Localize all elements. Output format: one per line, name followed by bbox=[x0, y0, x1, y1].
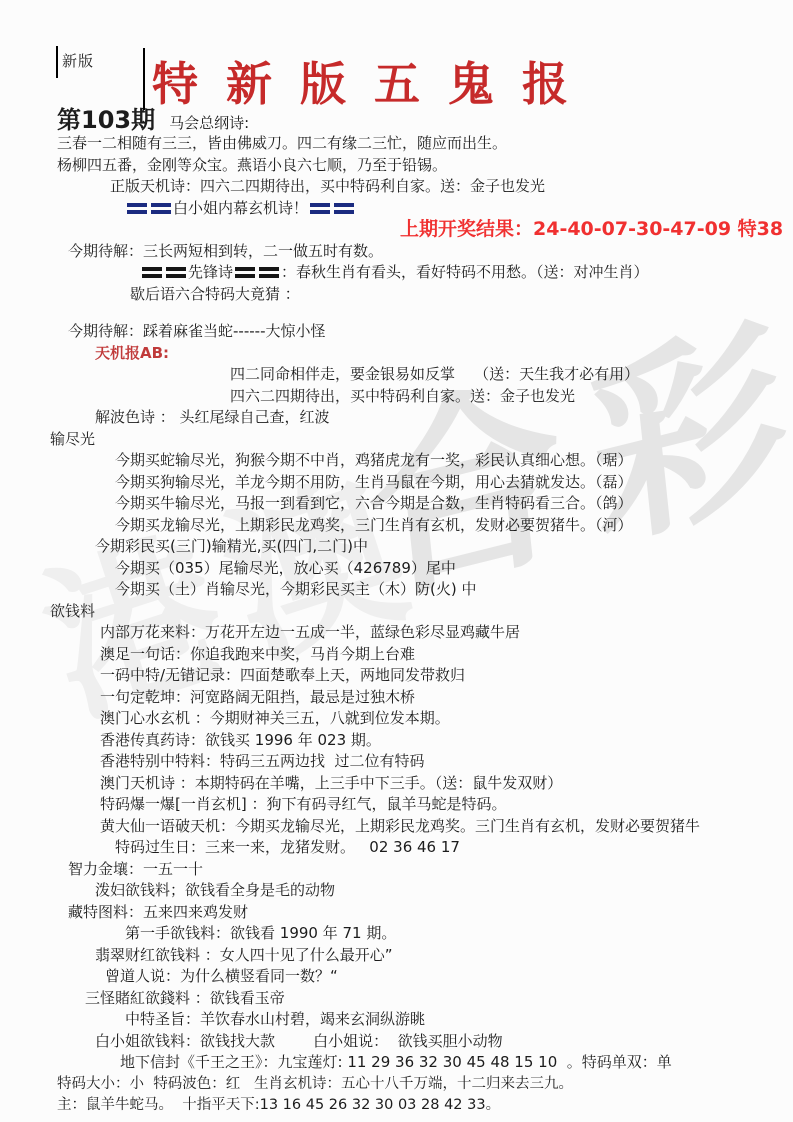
text-line: 杨柳四五番，金刚等众宝。燕语小良六七顺，乃至于铅锡。 bbox=[0, 155, 793, 177]
text-line: 三怪賭紅欲錢料 ：欲钱看玉帝 bbox=[0, 988, 793, 1010]
text-segment: 欲钱料 bbox=[50, 602, 95, 620]
double-bar-icon bbox=[127, 203, 147, 214]
text-line: 三春一二相随有三三，皆由佛威刀。四二有缘二三忙，随应而出生。 bbox=[0, 133, 793, 155]
text-segment: 特码大小：小 特码波色：红 生肖玄机诗：五心十八千万端，十二归来去三九。 bbox=[57, 1076, 573, 1092]
issue-note: 马会总纲诗: bbox=[169, 114, 249, 132]
text-segment: 澳门天机诗 ：本期特码在羊嘴，上三手中下三手。（送：鼠牛发双财） bbox=[100, 774, 562, 792]
text-segment: 智力金壤：一五一十 bbox=[68, 860, 203, 878]
text-segment: 三怪賭紅欲錢料 ：欲钱看玉帝 bbox=[85, 989, 285, 1007]
text-line: 澳门天机诗 ：本期特码在羊嘴，上三手中下三手。（送：鼠牛发双财） bbox=[0, 773, 793, 795]
text-line: 曾道人说：为什么横竖看同一数？“ bbox=[0, 966, 793, 988]
text-segment: 歇后语六合特码大竟猜 ： bbox=[130, 285, 300, 303]
text-line: 内部万花来料：万花开左边一五成一半，蓝绿色彩尽显鸡藏牛居 bbox=[0, 622, 793, 644]
double-bar-icon bbox=[310, 203, 330, 214]
text-line: 澳门心水玄机 ：今期财神关三五，八就到位发本期。 bbox=[0, 708, 793, 730]
text-segment: 今期买蛇输尽光，狗猴今期不中肖，鸡猪虎龙有一奖，彩民认真细心想。（琚） bbox=[115, 451, 633, 469]
text-line: 藏特图料：五来四来鸡发财 bbox=[0, 902, 793, 924]
text-segment: 澳门心水玄机 ：今期财神关三五，八就到位发本期。 bbox=[100, 709, 450, 727]
issue-number: 第103期 bbox=[57, 106, 155, 134]
text-line: 今期买牛输尽光，马报一到看到它，六合今期是合数，生肖特码看三合。（鸽） bbox=[0, 493, 793, 515]
text-segment: 地下信封《千王之王》：九宝莲灯: 11 29 36 32 30 45 48 15… bbox=[120, 1053, 672, 1071]
text-segment: 中特圣旨：羊饮春水山村碧，竭来玄洞纵游眺 bbox=[125, 1010, 425, 1028]
text-segment: 杨柳四五番，金刚等众宝。燕语小良六七顺，乃至于铅锡。 bbox=[57, 156, 447, 174]
double-bar-icon bbox=[235, 267, 255, 278]
previous-draw-result: 上期开奖结果：24-40-07-30-47-09 特38 bbox=[0, 219, 793, 241]
text-line: 白小姐欲钱料：欲钱找大款 白小姐说： 欲钱买胆小动物 bbox=[0, 1031, 793, 1053]
text-line: 今期买（土）肖输尽光，今期彩民买主（木）防(火) 中 bbox=[0, 579, 793, 601]
text-line: 今期待解：三长两短相到转，二一做五时有数。 bbox=[0, 241, 793, 263]
text-segment: 四二同命相伴走，要金银易如反掌 （送：天生我才必有用） bbox=[230, 365, 639, 383]
text-line: 今期彩民买(三门)输精光,买(四门,二门)中 bbox=[0, 536, 793, 558]
document-body: 三春一二相随有三三，皆由佛威刀。四二有缘二三忙，随应而出生。杨柳四五番，金刚等众… bbox=[0, 133, 793, 1117]
text-line: 一句定乾坤：河宽路阔无阻挡，最忌是过独木桥 bbox=[0, 687, 793, 709]
text-segment: 今期买狗输尽光，羊龙今期不用防，生肖马鼠在今期，用心去猜就发达。（磊） bbox=[115, 473, 633, 491]
text-segment: 特码过生日：三来一来，龙猪发财。 02 36 46 17 bbox=[115, 838, 460, 856]
text-segment: 输尽光 bbox=[50, 430, 95, 448]
text-segment: 今期买牛输尽光，马报一到看到它，六合今期是合数，生肖特码看三合。（鸽） bbox=[115, 494, 633, 512]
text-line: 地下信封《千王之王》：九宝莲灯: 11 29 36 32 30 45 48 15… bbox=[0, 1052, 793, 1074]
text-line: 四六二四期待出，买中特码利自家。送：金子也发光 bbox=[0, 386, 793, 408]
text-segment: 今期买（土）肖输尽光，今期彩民买主（木）防(火) 中 bbox=[115, 580, 476, 598]
newspaper-page: 新版 特新版五鬼报 第103期马会总纲诗: 三春一二相随有三三，皆由佛威刀。四二… bbox=[0, 0, 793, 1122]
tianji-report-label: 天机报AB: bbox=[0, 343, 793, 365]
text-line: 特码爆一爆[一肖玄机] ：狗下有码寻红气，鼠羊马蛇是特码。 bbox=[0, 794, 793, 816]
text-line: 今期买蛇输尽光，狗猴今期不中肖，鸡猪虎龙有一奖，彩民认真细心想。（琚） bbox=[0, 450, 793, 472]
text-line: 特码大小：小 特码波色：红 生肖玄机诗：五心十八千万端，十二归来去三九。 bbox=[0, 1074, 793, 1096]
text-segment: 一码中特/无错记录：四面楚歌奉上天，两地同发带救归 bbox=[100, 666, 465, 684]
text-line: 今期买龙输尽光，上期彩民龙鸡奖，三门生肖有玄机，发财必要贺猪牛。（河） bbox=[0, 515, 793, 537]
text-segment: 黄大仙一语破天机：今期买龙输尽光，上期彩民龙鸡奖。三门生肖有玄机，发财必要贺猪牛 bbox=[100, 817, 700, 835]
text-line: 今期买（035）尾输尽光，放心买（426789）尾中 bbox=[0, 558, 793, 580]
double-bar-icon bbox=[334, 203, 354, 214]
double-bar-icon bbox=[151, 203, 171, 214]
text-segment: 今期买龙输尽光，上期彩民龙鸡奖，三门生肖有玄机，发财必要贺猪牛。（河） bbox=[115, 516, 633, 534]
text-segment: 白小姐内幕玄机诗！ bbox=[173, 199, 308, 217]
text-segment: 今期待解：踩着麻雀当蛇------大惊小怪 bbox=[68, 322, 325, 340]
text-line: 正版天机诗：四六二四期待出，买中特码利自家。送：金子也发光 bbox=[0, 176, 793, 198]
text-segment: 四六二四期待出，买中特码利自家。送：金子也发光 bbox=[230, 387, 575, 405]
text-segment: 今期待解：三长两短相到转，二一做五时有数。 bbox=[68, 242, 383, 260]
text-segment: 内部万花来料：万花开左边一五成一半，蓝绿色彩尽显鸡藏牛居 bbox=[100, 623, 520, 641]
text-line: 中特圣旨：羊饮春水山村碧，竭来玄洞纵游眺 bbox=[0, 1009, 793, 1031]
text-line: 先锋诗：春秋生肖有看头，看好特码不用愁。（送：对冲生肖） bbox=[0, 262, 793, 284]
edition-label: 新版 bbox=[62, 50, 94, 71]
text-line: 香港特别中特料：特码三五两边找 过二位有特码 bbox=[0, 751, 793, 773]
text-segment: 香港特别中特料：特码三五两边找 过二位有特码 bbox=[100, 752, 425, 770]
left-rule-line bbox=[56, 46, 58, 78]
text-segment: 主：鼠羊牛蛇马。 十指平天下:13 16 45 26 32 30 03 28 4… bbox=[57, 1097, 500, 1113]
text-line: 四二同命相伴走，要金银易如反掌 （送：天生我才必有用） bbox=[0, 364, 793, 386]
text-line: 白小姐内幕玄机诗！ bbox=[0, 198, 793, 220]
text-segment: 今期彩民买(三门)输精光,买(四门,二门)中 bbox=[95, 537, 368, 555]
text-line: 第一手欲钱料：欲钱看 1990 年 71 期。 bbox=[0, 923, 793, 945]
text-line: 解波色诗 ： 头红尾绿自己查，红波 bbox=[0, 407, 793, 429]
text-line: 今期买狗输尽光，羊龙今期不用防，生肖马鼠在今期，用心去猜就发达。（磊） bbox=[0, 472, 793, 494]
text-segment: 先锋诗 bbox=[188, 263, 233, 281]
issue-row: 第103期马会总纲诗: bbox=[57, 100, 249, 135]
text-line: 香港传真药诗：欲钱买 1996 年 023 期。 bbox=[0, 730, 793, 752]
text-segment: 解波色诗 ： 头红尾绿自己查，红波 bbox=[95, 408, 330, 426]
text-line: 今期待解：踩着麻雀当蛇------大惊小怪 bbox=[0, 321, 793, 343]
text-line: 泼妇欲钱料；欲钱看全身是毛的动物 bbox=[0, 880, 793, 902]
text-line: 歇后语六合特码大竟猜 ： bbox=[0, 284, 793, 306]
text-line: 澳足一句话：你追我跑来中奖，马肖今期上台难 bbox=[0, 644, 793, 666]
text-segment: 一句定乾坤：河宽路阔无阻挡，最忌是过独木桥 bbox=[100, 688, 415, 706]
text-line: 翡翠财红欲钱料 ：女人四十见了什么最开心” bbox=[0, 945, 793, 967]
text-segment: 香港传真药诗：欲钱买 1996 年 023 期。 bbox=[100, 731, 381, 749]
text-line: 黄大仙一语破天机：今期买龙输尽光，上期彩民龙鸡奖。三门生肖有玄机，发财必要贺猪牛 bbox=[0, 816, 793, 838]
text-segment: 澳足一句话：你追我跑来中奖，马肖今期上台难 bbox=[100, 645, 415, 663]
text-segment: 曾道人说：为什么横竖看同一数？“ bbox=[105, 967, 338, 985]
text-line: 智力金壤：一五一十 bbox=[0, 859, 793, 881]
text-segment: 上期开奖结果：24-40-07-30-47-09 特38 bbox=[400, 218, 783, 240]
text-segment: 三春一二相随有三三，皆由佛威刀。四二有缘二三忙，随应而出生。 bbox=[57, 134, 507, 152]
text-segment: 翡翠财红欲钱料 ：女人四十见了什么最开心” bbox=[95, 946, 393, 964]
text-segment: 特码爆一爆[一肖玄机] ：狗下有码寻红气，鼠羊马蛇是特码。 bbox=[100, 795, 506, 813]
text-segment: 藏特图料：五来四来鸡发财 bbox=[68, 903, 248, 921]
text-segment: 泼妇欲钱料；欲钱看全身是毛的动物 bbox=[95, 881, 335, 899]
double-bar-icon bbox=[142, 267, 162, 278]
text-line: 主：鼠羊牛蛇马。 十指平天下:13 16 45 26 32 30 03 28 4… bbox=[0, 1095, 793, 1117]
text-line: 欲钱料 bbox=[0, 601, 793, 623]
text-line: 输尽光 bbox=[0, 429, 793, 451]
double-bar-icon bbox=[259, 267, 279, 278]
text-segment: ：春秋生肖有看头，看好特码不用愁。（送：对冲生肖） bbox=[281, 263, 649, 281]
text-line: 一码中特/无错记录：四面楚歌奉上天，两地同发带救归 bbox=[0, 665, 793, 687]
text-segment: 白小姐欲钱料：欲钱找大款 白小姐说： 欲钱买胆小动物 bbox=[95, 1032, 503, 1050]
double-bar-icon bbox=[166, 267, 186, 278]
text-line: 特码过生日：三来一来，龙猪发财。 02 36 46 17 bbox=[0, 837, 793, 859]
text-segment: 正版天机诗：四六二四期待出，买中特码利自家。送：金子也发光 bbox=[110, 177, 545, 195]
text-segment: 天机报AB: bbox=[95, 344, 169, 362]
text-segment: 第一手欲钱料：欲钱看 1990 年 71 期。 bbox=[125, 924, 396, 942]
text-segment: 今期买（035）尾输尽光，放心买（426789）尾中 bbox=[115, 559, 456, 577]
